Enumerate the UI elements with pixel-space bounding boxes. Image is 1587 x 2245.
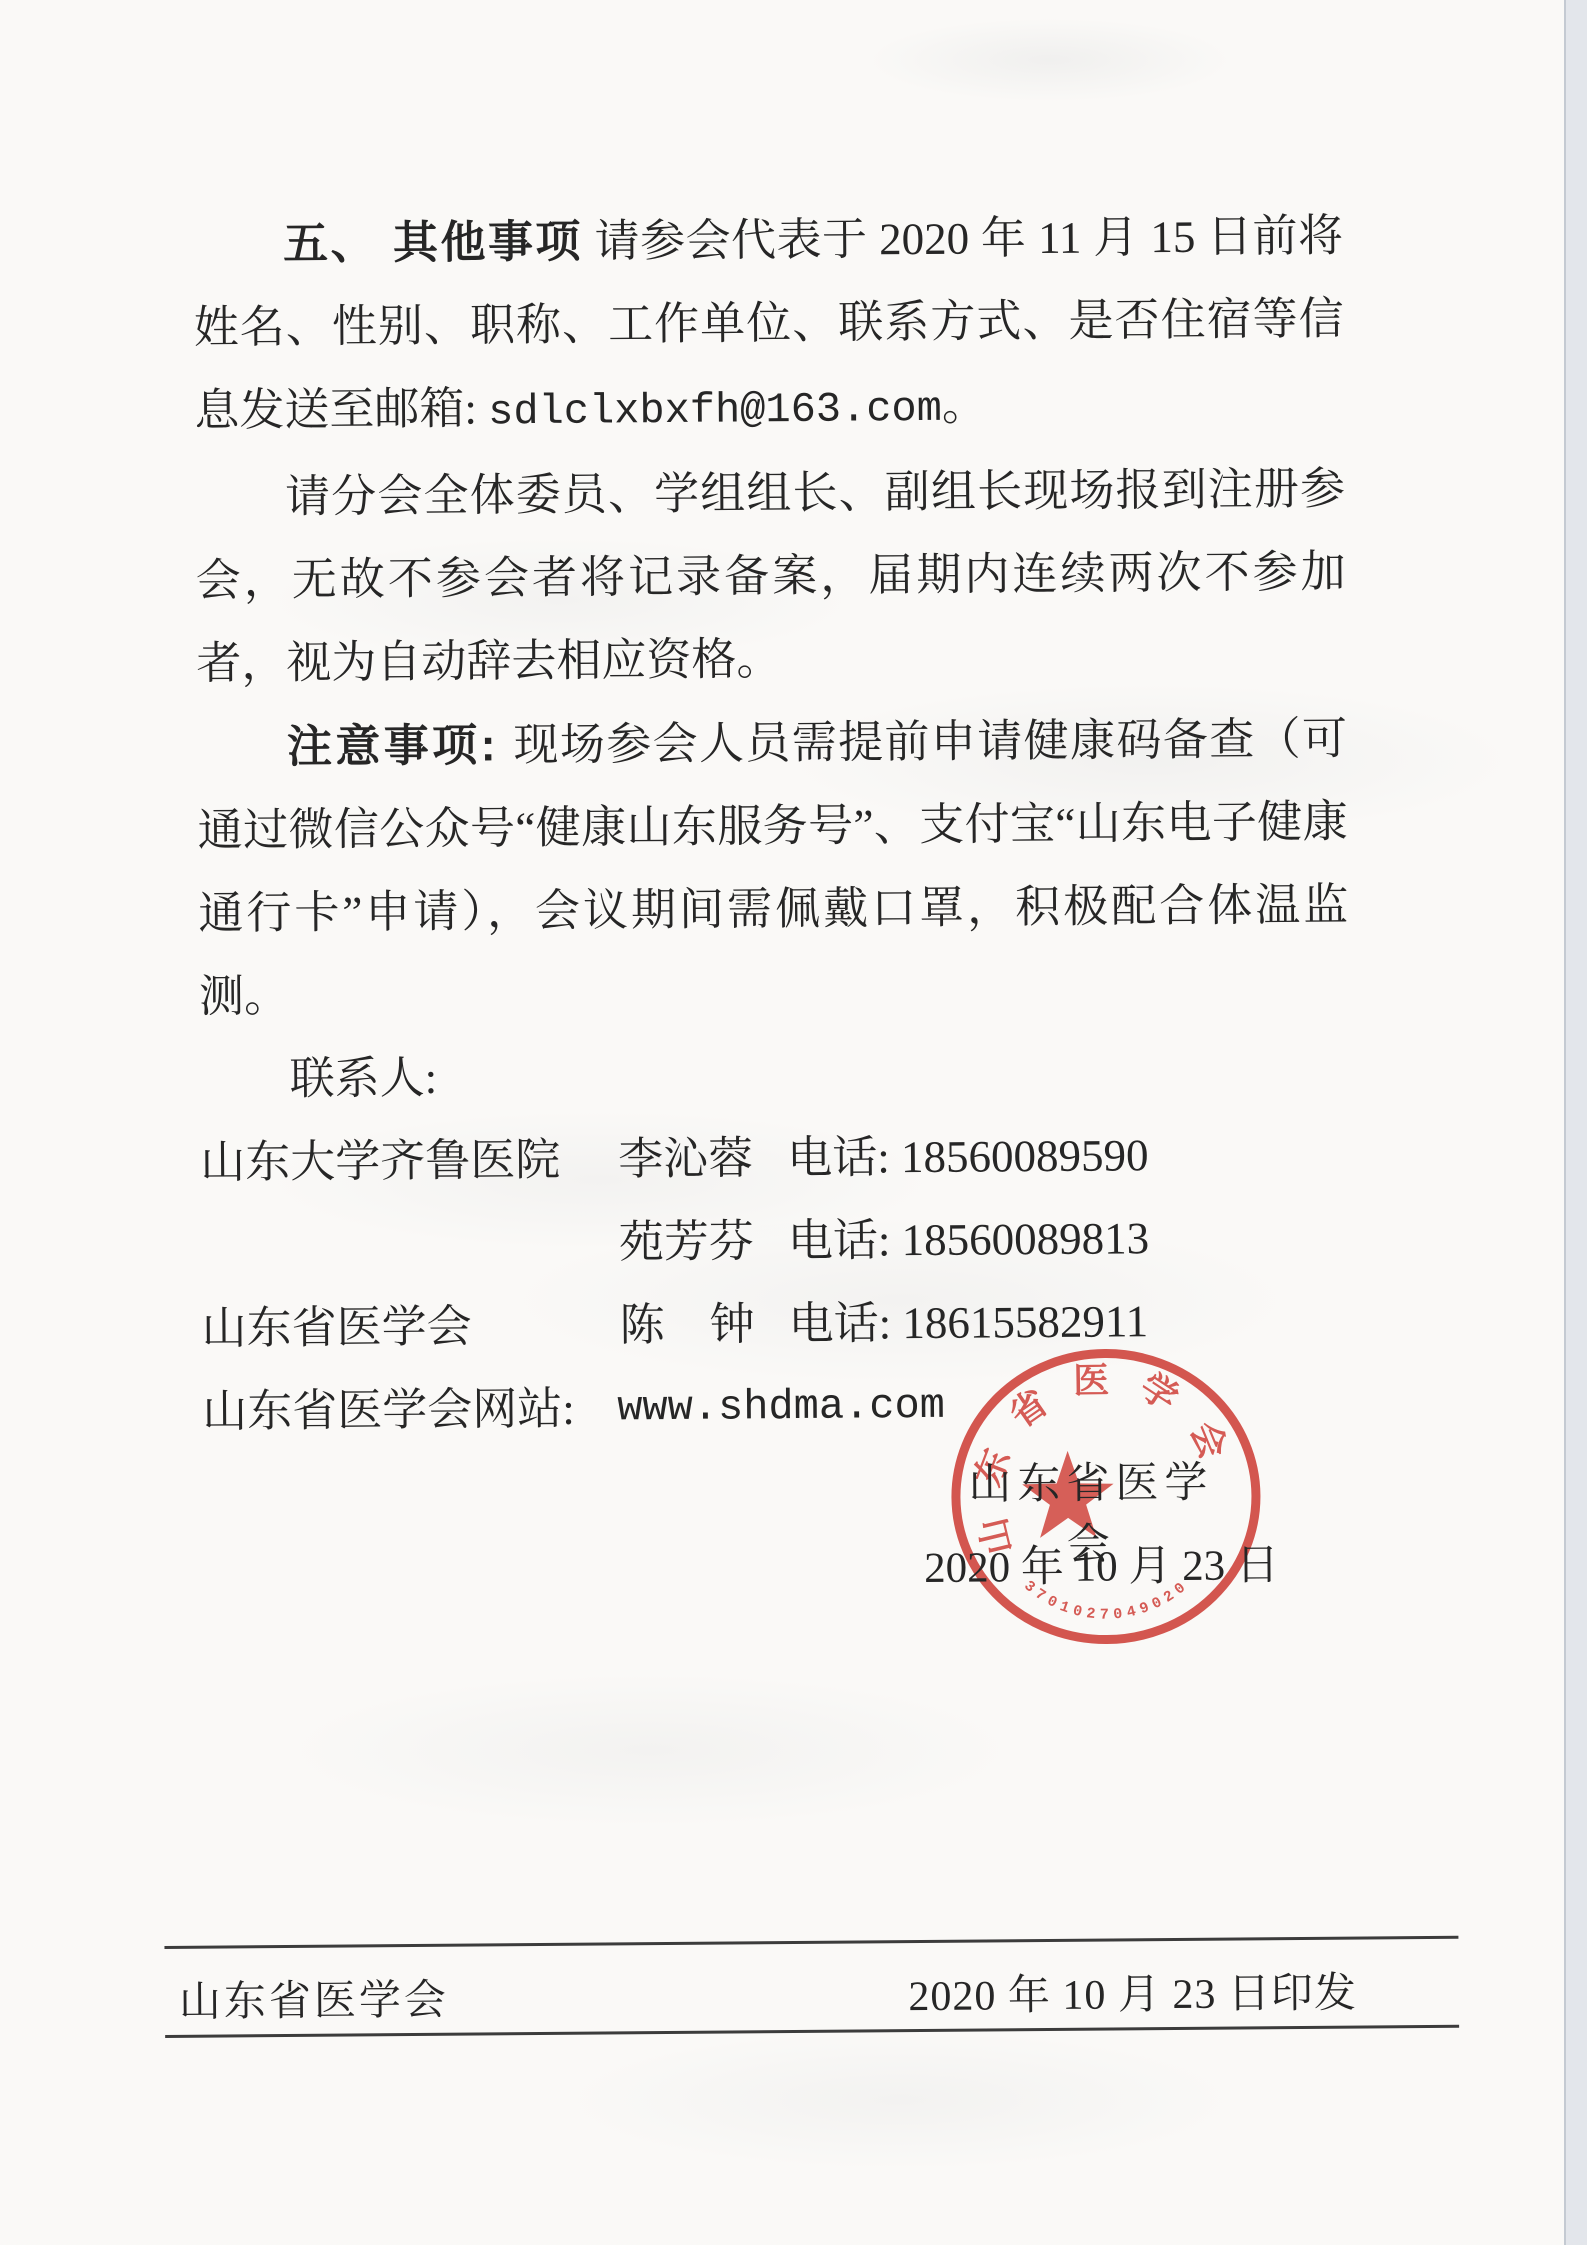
footer-issuer: 山东省医学会 xyxy=(179,1967,449,2029)
contact-phone: 电话: 18560089813 xyxy=(788,1197,1150,1283)
document-body: 五、 其他事项 请参会代表于 2020 年 11 月 15 日前将姓名、性别、职… xyxy=(193,194,1353,1454)
website-url: www.shdma.com xyxy=(617,1365,945,1451)
contacts-heading: 联系人: xyxy=(199,1030,1350,1122)
phone-label: 电话: xyxy=(788,1215,902,1266)
other-matters-label: 五、 其他事项 xyxy=(283,216,583,269)
phone-number: 18615582911 xyxy=(902,1296,1148,1348)
footer-print-date: 2020 年 10 月 23 日印发 xyxy=(908,1960,1357,2024)
contact-org: 山东省医学会 xyxy=(201,1286,472,1371)
paragraph-notice: 注意事项: 现场参会人员需提前申请健康码备查（可通过微信公众号“健康山东服务号”… xyxy=(197,697,1350,1039)
contact-phone: 电话: 18560089590 xyxy=(787,1114,1149,1200)
phone-label: 电话: xyxy=(788,1298,902,1349)
phone-number: 18560089590 xyxy=(901,1130,1149,1182)
contact-org: 山东大学齐鲁医院 xyxy=(200,1119,561,1205)
signature-date: 2020 年 10 月 23 日 xyxy=(921,1531,1281,1595)
contact-name: 苑芳芬 xyxy=(619,1200,755,1284)
email-period: 。 xyxy=(942,379,987,429)
footer-rule-top xyxy=(164,1936,1458,1949)
scanner-edge-strip xyxy=(1564,0,1587,2245)
notice-label: 注意事项: xyxy=(287,719,514,772)
scanned-notice-page: { "document": { "paragraphs": { "other_m… xyxy=(0,0,1587,2245)
contact-row: 苑芳芬 电话: 18560089813 xyxy=(201,1196,1352,1288)
contact-name: 陈 钟 xyxy=(619,1283,755,1367)
contact-name: 李沁蓉 xyxy=(618,1117,754,1201)
paragraph-other-matters: 五、 其他事项 请参会代表于 2020 年 11 月 15 日前将姓名、性别、职… xyxy=(193,194,1345,457)
contact-row: 山东大学齐鲁医院 李沁蓉 电话: 18560089590 xyxy=(200,1113,1351,1205)
paragraph-attendance: 请分会全体委员、学组组长、副组长现场报到注册参会，无故不参会者将记录备案，届期内… xyxy=(195,448,1347,706)
phone-number: 18560089813 xyxy=(901,1213,1149,1265)
contact-email: sdlclxbxfh@163.com xyxy=(488,385,942,437)
document-content: 五、 其他事项 请参会代表于 2020 年 11 月 15 日前将姓名、性别、职… xyxy=(0,0,1587,2245)
phone-label: 电话: xyxy=(787,1132,901,1183)
website-label: 山东省医学会网站: xyxy=(202,1384,575,1437)
